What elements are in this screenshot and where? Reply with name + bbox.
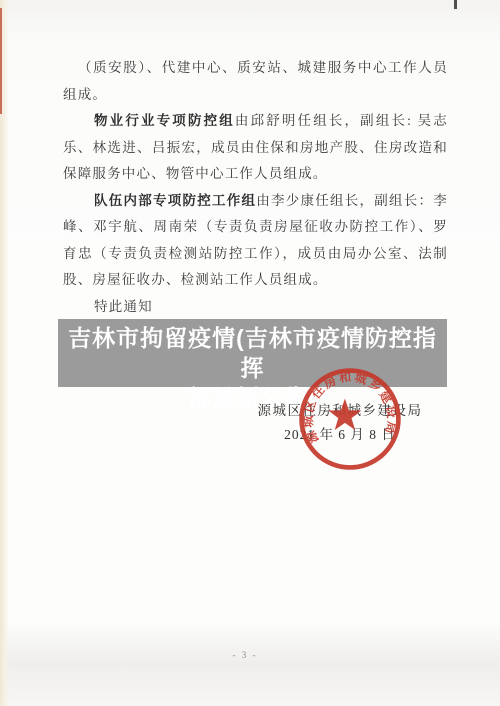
paragraph-lead: 队伍内部专项防控工作组	[94, 193, 256, 208]
paragraph-text: 特此通知	[94, 299, 153, 314]
seal-ring-text: 源城区住房和城乡建设局	[301, 369, 400, 446]
seal-star-icon	[328, 399, 361, 430]
scanned-document-page: （质安股）、代建中心、质安站、城建服务中心工作人员组成。 物业行业专项防控组由邱…	[0, 0, 500, 706]
svg-text:源城区住房和城乡建设局: 源城区住房和城乡建设局	[301, 369, 400, 446]
paragraph-lead: 物业行业专项防控组	[94, 113, 235, 128]
page-number: - 3 -	[0, 650, 490, 660]
paragraph: （质安股）、代建中心、质安站、城建服务中心工作人员组成。	[63, 55, 448, 108]
official-seal: 源城区住房和城乡建设局	[297, 366, 403, 472]
scan-red-line	[0, 8, 2, 114]
scan-corner-mark	[454, 0, 457, 9]
document-body: （质安股）、代建中心、质安站、城建服务中心工作人员组成。 物业行业专项防控组由邱…	[63, 55, 448, 320]
closing-notice: 特此通知	[63, 294, 448, 321]
paragraph: 物业行业专项防控组由邱舒明任组长，副组长: 吴志乐、林选进、吕振宏，成员由住保和…	[63, 108, 448, 188]
paragraph: 队伍内部专项防控工作组由李少康任组长，副组长：李峰、邓宇航、周南荣（专责负责房屋…	[63, 188, 448, 294]
paragraph-text: （质安股）、代建中心、质安站、城建服务中心工作人员组成。	[63, 60, 448, 102]
